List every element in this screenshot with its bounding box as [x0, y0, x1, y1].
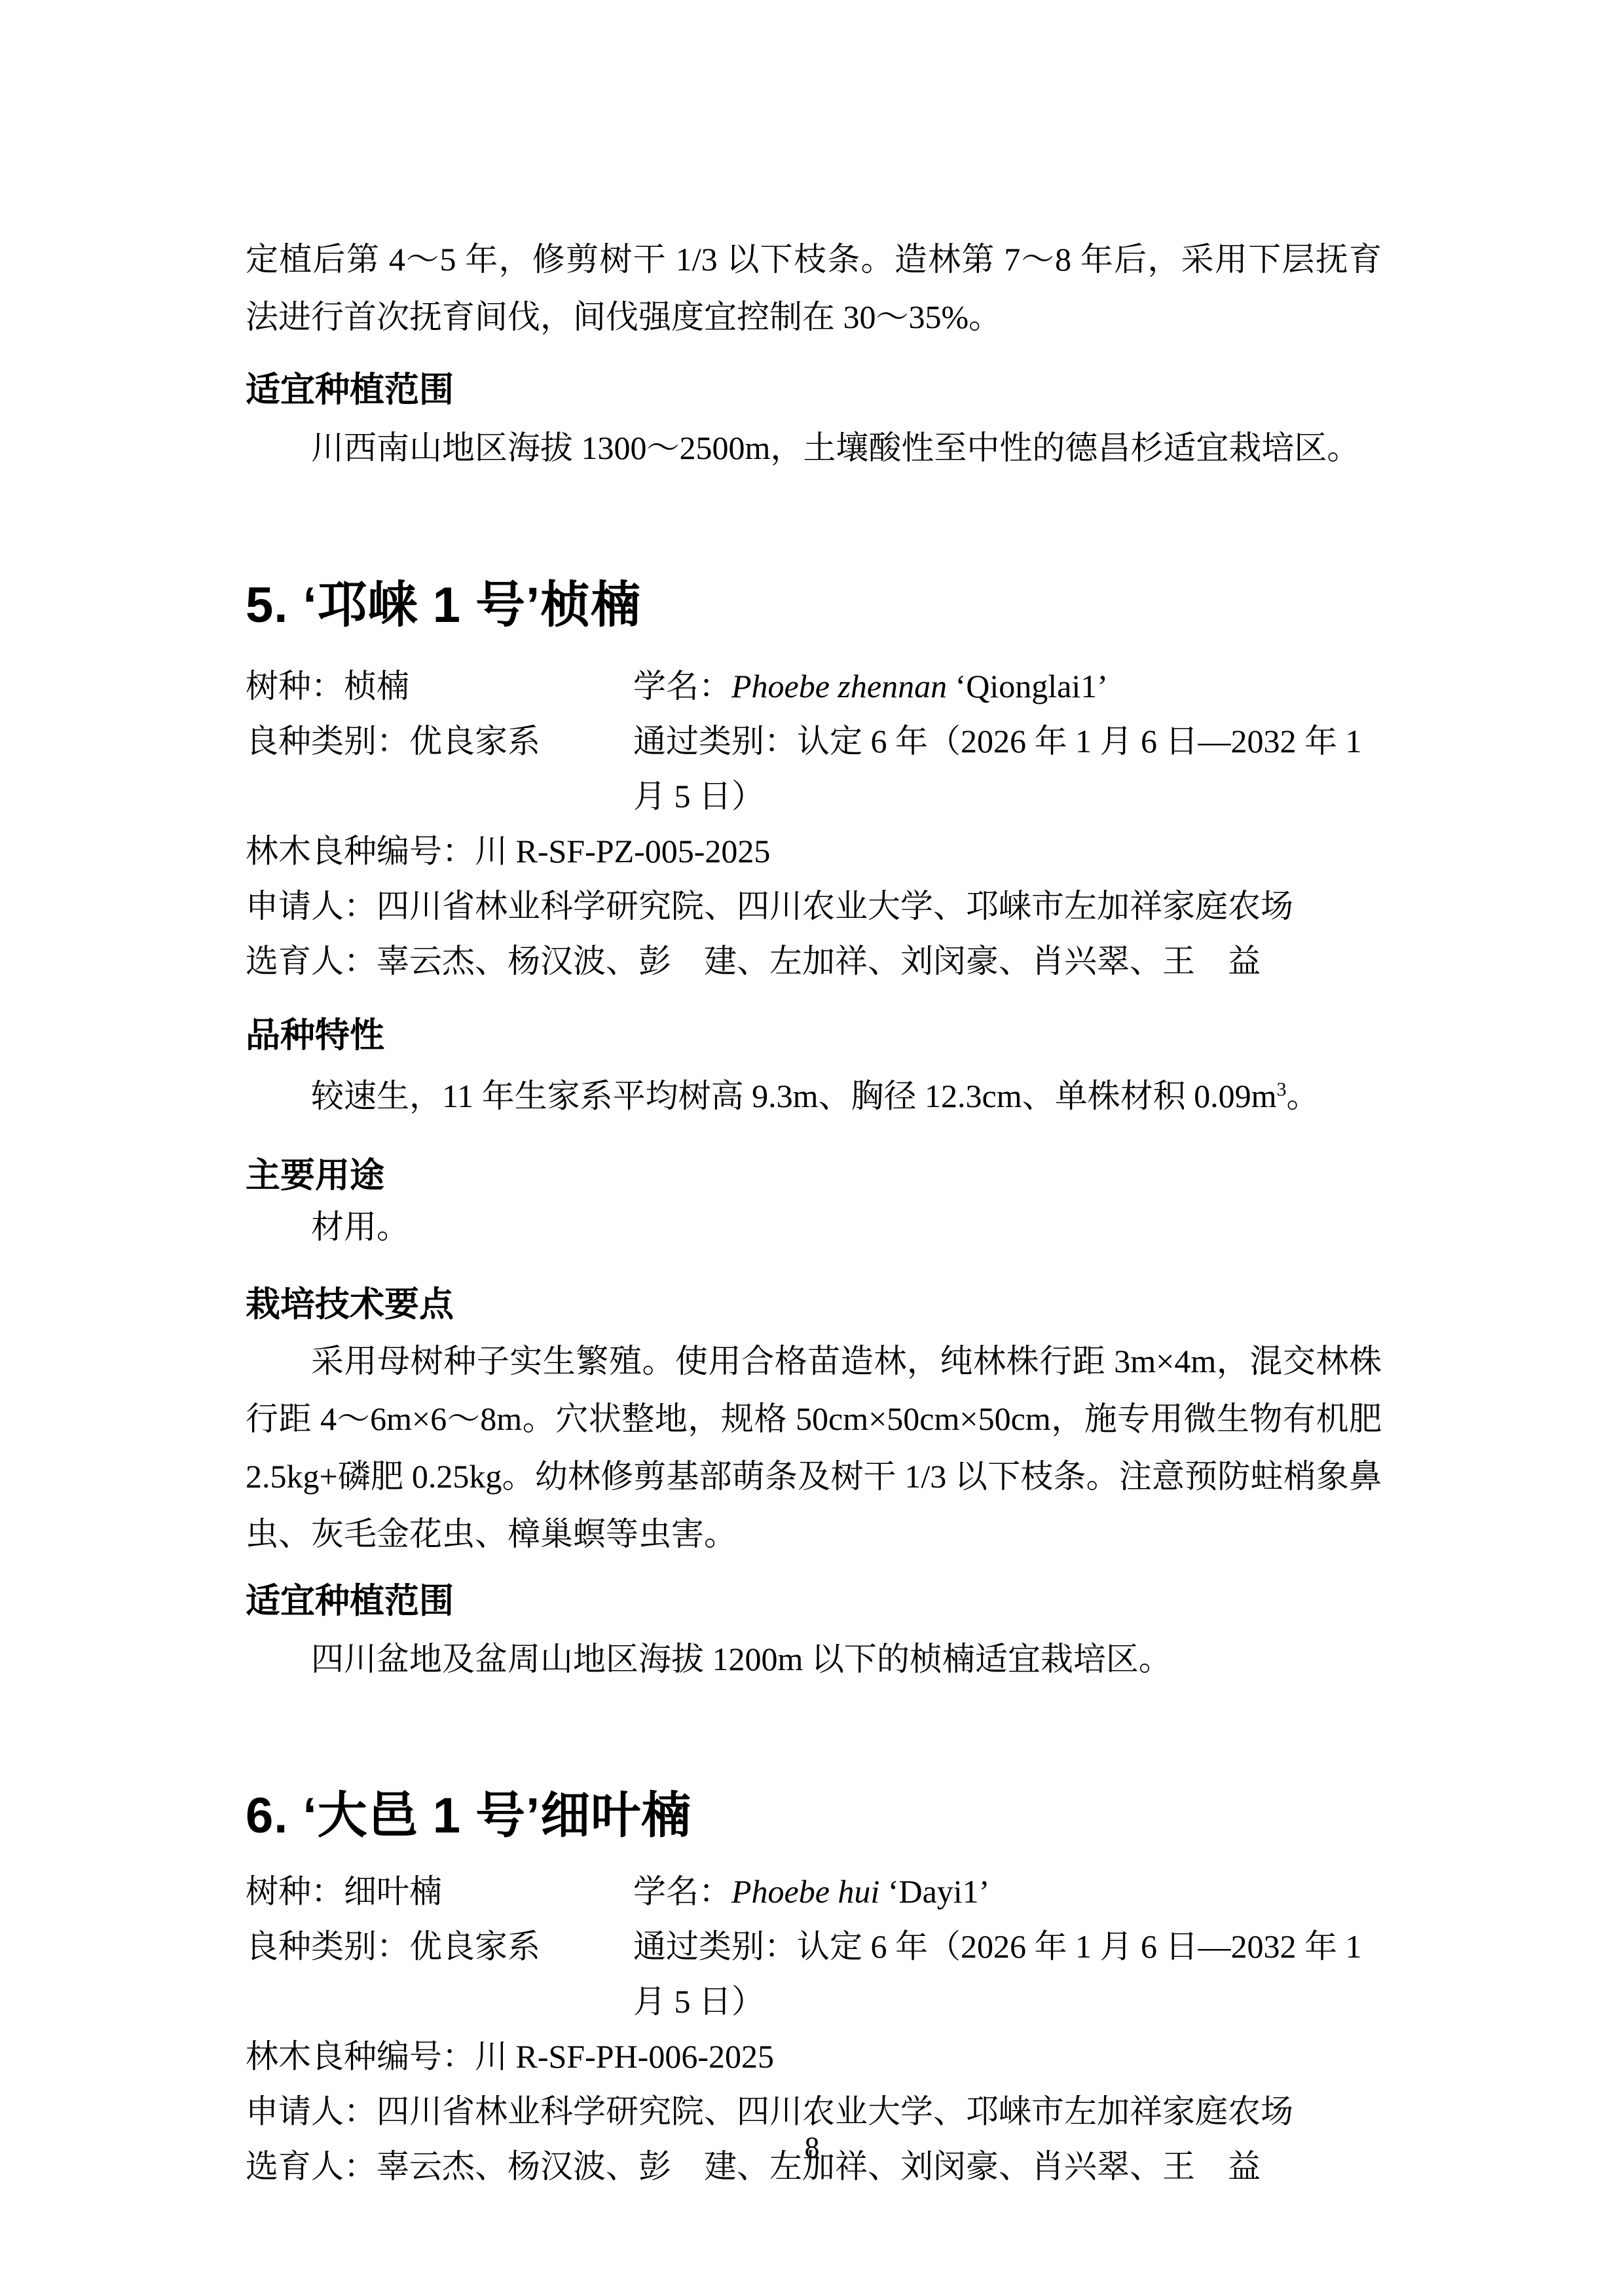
breeders-field: 选育人：辜云杰、杨汉波、彭 建、左加祥、刘闵豪、肖兴翠、王 益 — [246, 934, 1261, 989]
cultivation-tech-body: 采用母树种子实生繁殖。使用合格苗造林，纯林株行距 3m×4m，混交林株行距 4～… — [246, 1332, 1382, 1563]
scientific-name-cultivar: ‘Qionglai1’ — [947, 668, 1108, 704]
info-row-applicant: 申请人：四川省林业科学研究院、四川农业大学、邛崃市左加祥家庭农场 — [246, 879, 1382, 934]
scientific-name-label: 学名： — [633, 1873, 731, 1910]
suitable-range-heading-prev: 适宜种植范围 — [246, 369, 1382, 411]
scientific-name-cultivar: ‘Dayi1’ — [879, 1873, 989, 1910]
traits-heading: 品种特性 — [246, 1015, 1382, 1057]
info-row-category: 良种类别：优良家系 通过类别：认定 6 年（2026 年 1 月 6 日—203… — [246, 714, 1382, 824]
suitable-range-body-prev: 川西南山地区海拔 1300～2500m，土壤酸性至中性的德昌杉适宜栽培区。 — [246, 419, 1382, 477]
traits-body: 较速生，11 年生家系平均树高 9.3m、胸径 12.3cm、单株材积 0.09… — [246, 1067, 1382, 1125]
scientific-name-label: 学名： — [633, 668, 731, 704]
tree-species-field: 树种：桢楠 — [246, 659, 633, 714]
scientific-name-field: 学名：Phoebe zhennan ‘Qionglai1’ — [633, 659, 1382, 714]
suitable-range-heading-5: 适宜种植范围 — [246, 1580, 1382, 1622]
info-row-seed-code: 林木良种编号：川 R-SF-PH-006-2025 — [246, 2029, 1382, 2084]
document-page: 定植后第 4～5 年，修剪树干 1/3 以下枝条。造林第 7～8 年后，采用下层… — [0, 0, 1624, 2296]
approval-category-field: 通过类别：认定 6 年（2026 年 1 月 6 日—2032 年 1 月 5 … — [633, 1919, 1382, 2029]
seed-code-field: 林木良种编号：川 R-SF-PZ-005-2025 — [246, 824, 770, 879]
section-6-heading: 6. ‘大邑 1 号’细叶楠 — [246, 1787, 1382, 1846]
variety-category-field: 良种类别：优良家系 — [246, 714, 633, 824]
applicant-field: 申请人：四川省林业科学研究院、四川农业大学、邛崃市左加祥家庭农场 — [246, 879, 1293, 934]
scientific-name-latin: Phoebe hui — [731, 1873, 879, 1910]
scientific-name-field: 学名：Phoebe hui ‘Dayi1’ — [633, 1864, 1382, 1919]
approval-category-field: 通过类别：认定 6 年（2026 年 1 月 6 日—2032 年 1 月 5 … — [633, 714, 1382, 824]
info-row-species: 树种：细叶楠 学名：Phoebe hui ‘Dayi1’ — [246, 1864, 1382, 1919]
main-use-body: 材用。 — [246, 1198, 1382, 1256]
suitable-range-body-5: 四川盆地及盆周山地区海拔 1200m 以下的桢楠适宜栽培区。 — [246, 1630, 1382, 1688]
cultivation-tech-heading: 栽培技术要点 — [246, 1284, 1382, 1326]
section-5-info-block: 树种：桢楠 学名：Phoebe zhennan ‘Qionglai1’ 良种类别… — [246, 659, 1382, 989]
info-row-breeders: 选育人：辜云杰、杨汉波、彭 建、左加祥、刘闵豪、肖兴翠、王 益 — [246, 934, 1382, 989]
info-row-category: 良种类别：优良家系 通过类别：认定 6 年（2026 年 1 月 6 日—203… — [246, 1919, 1382, 2029]
seed-code-field: 林木良种编号：川 R-SF-PH-006-2025 — [246, 2029, 774, 2084]
traits-body-main: 较速生，11 年生家系平均树高 9.3m、胸径 12.3cm、单株材积 0.09… — [311, 1078, 1277, 1114]
section-5-heading: 5. ‘邛崃 1 号’桢楠 — [246, 576, 1382, 635]
prev-section-paragraph: 定植后第 4～5 年，修剪树干 1/3 以下枝条。造林第 7～8 年后，采用下层… — [246, 230, 1382, 346]
traits-body-end: 。 — [1287, 1078, 1319, 1114]
info-row-seed-code: 林木良种编号：川 R-SF-PZ-005-2025 — [246, 824, 1382, 879]
variety-category-field: 良种类别：优良家系 — [246, 1919, 633, 2029]
page-number: 8 — [0, 2130, 1624, 2165]
info-row-species: 树种：桢楠 学名：Phoebe zhennan ‘Qionglai1’ — [246, 659, 1382, 714]
main-use-heading: 主要用途 — [246, 1155, 1382, 1197]
tree-species-field: 树种：细叶楠 — [246, 1864, 633, 1919]
scientific-name-latin: Phoebe zhennan — [731, 668, 947, 704]
cubic-meter-superscript: 3 — [1277, 1078, 1287, 1100]
